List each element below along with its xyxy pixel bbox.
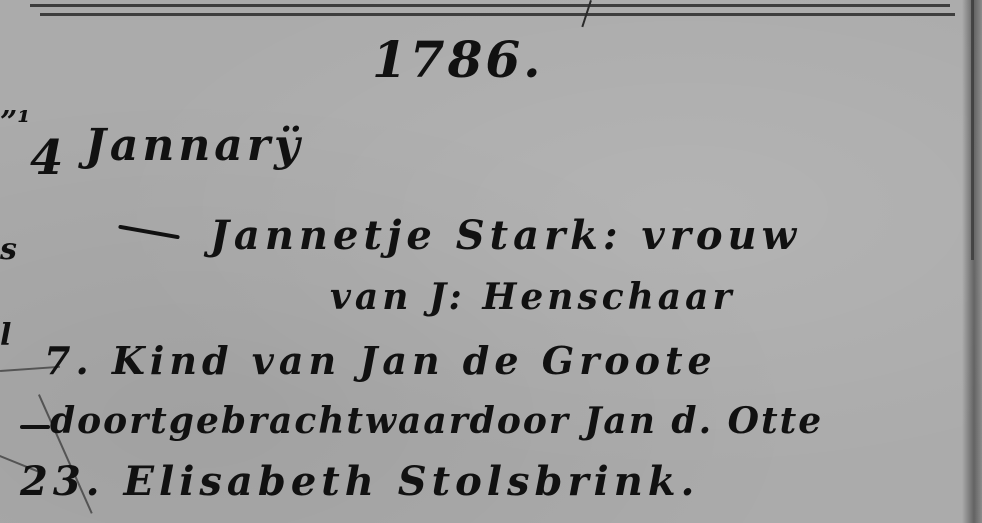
- dash-stroke: [118, 225, 180, 240]
- margin-fragment: s: [0, 232, 17, 267]
- entry-date-day: 4: [30, 130, 65, 186]
- entry-2-name: Elisabeth Stolsbrink.: [124, 458, 700, 505]
- entry-date-month: Jannarÿ: [85, 120, 304, 171]
- scanned-register-page: 1786. ”¹ s l 4 Jannarÿ Jannetje Stark: v…: [0, 0, 982, 523]
- margin-fragment: ”¹: [0, 105, 30, 140]
- entry-spouse-line: van J: Henschaar: [330, 276, 735, 318]
- ruled-header-line: [40, 13, 955, 16]
- dash-stroke: [20, 425, 50, 429]
- entry-2-line: 23. Elisabeth Stolsbrink.: [20, 458, 699, 505]
- entry-child-line: 7. Kind van Jan de Groote: [44, 338, 717, 383]
- year-heading: 1786.: [372, 30, 544, 89]
- entry-2-date-day: 23.: [20, 458, 105, 505]
- binding-shadow-line: [971, 0, 974, 260]
- entry-name-line: Jannetje Stark: vrouw: [210, 212, 801, 259]
- margin-fragment: l: [0, 318, 11, 353]
- ruled-header-line: [30, 4, 950, 7]
- entry-witness-line: doortgebrachtwaardoor Jan d. Otte: [50, 400, 823, 442]
- page-binding-edge: [962, 0, 982, 523]
